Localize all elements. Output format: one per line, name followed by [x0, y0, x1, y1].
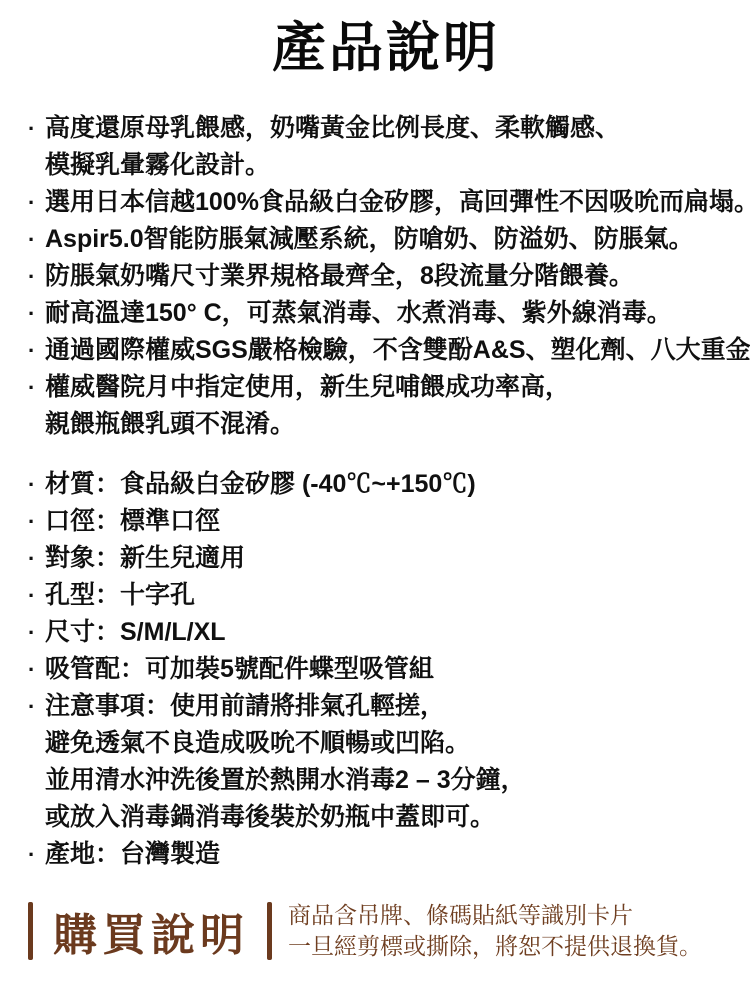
feature-line: · 高度還原母乳餵感，奶嘴黃金比例長度、柔軟觸感、	[28, 110, 744, 147]
spec-text: 產地：台灣製造	[45, 836, 220, 873]
bullet-dot: ·	[28, 503, 45, 540]
purchase-section: 購買說明 商品含吊牌、條碼貼紙等識別卡片 一旦經剪標或撕除，將恕不提供退換貨。	[28, 899, 744, 963]
spec-line: · 注意事項：使用前請將排氣孔輕搓，	[28, 688, 744, 725]
bullet-dot: ·	[28, 332, 45, 369]
specs-section: · 材質：食品級白金矽膠 (-40℃~+150℃) · 口徑：標準口徑 · 對象…	[28, 466, 744, 873]
feature-line: 親餵瓶餵乳頭不混淆。	[28, 406, 744, 443]
bullet-dot: ·	[28, 466, 45, 503]
feature-line: · 通過國際權威SGS嚴格檢驗，不含雙酚A&S、塑化劑、八大重金屬。	[28, 332, 744, 369]
bullet-dot: ·	[28, 258, 45, 295]
spec-text: 孔型：十字孔	[45, 577, 195, 614]
bullet-dot: ·	[28, 688, 45, 725]
feature-text: 選用日本信越100%食品級白金矽膠，高回彈性不因吸吮而扁塌。	[45, 184, 750, 221]
spec-text: 避免透氣不良造成吸吮不順暢或凹陷。	[45, 725, 470, 762]
spec-line: · 吸管配：可加裝5號配件蝶型吸管組	[28, 651, 744, 688]
page-title: 產品說明	[28, 16, 744, 80]
feature-text: 通過國際權威SGS嚴格檢驗，不含雙酚A&S、塑化劑、八大重金屬。	[45, 332, 750, 369]
feature-text: Aspir5.0智能防脹氣減壓系統，防嗆奶、防溢奶、防脹氣。	[45, 221, 694, 258]
bullet-dot: ·	[28, 651, 45, 688]
features-section: · 高度還原母乳餵感，奶嘴黃金比例長度、柔軟觸感、 模擬乳暈霧化設計。 · 選用…	[28, 110, 744, 443]
purchase-note-line: 一旦經剪標或撕除，將恕不提供退換貨。	[288, 931, 702, 962]
purchase-heading: 購買說明	[53, 899, 249, 963]
bullet-dot: ·	[28, 577, 45, 614]
feature-line: · 耐高溫達150° C，可蒸氣消毒、水煮消毒、紫外線消毒。	[28, 295, 744, 332]
spec-line: · 尺寸：S/M/L/XL	[28, 614, 744, 651]
divider-bar-right	[267, 902, 272, 960]
spec-line: · 材質：食品級白金矽膠 (-40℃~+150℃)	[28, 466, 744, 503]
spec-text: 吸管配：可加裝5號配件蝶型吸管組	[45, 651, 434, 688]
bullet-dot: ·	[28, 295, 45, 332]
feature-text: 高度還原母乳餵感，奶嘴黃金比例長度、柔軟觸感、	[45, 110, 620, 147]
spec-line: · 對象：新生兒適用	[28, 540, 744, 577]
spec-line: 並用清水沖洗後置於熱開水消毒2 – 3分鐘，	[28, 762, 744, 799]
feature-line: · 防脹氣奶嘴尺寸業界規格最齊全，8段流量分階餵養。	[28, 258, 744, 295]
purchase-note: 商品含吊牌、條碼貼紙等識別卡片 一旦經剪標或撕除，將恕不提供退換貨。	[288, 900, 702, 962]
spec-text: 或放入消毒鍋消毒後裝於奶瓶中蓋即可。	[45, 799, 495, 836]
spec-line: · 產地：台灣製造	[28, 836, 744, 873]
bullet-dot: ·	[28, 184, 45, 221]
feature-text: 模擬乳暈霧化設計。	[45, 147, 270, 184]
spec-line: · 孔型：十字孔	[28, 577, 744, 614]
feature-line: 模擬乳暈霧化設計。	[28, 147, 744, 184]
feature-line: · Aspir5.0智能防脹氣減壓系統，防嗆奶、防溢奶、防脹氣。	[28, 221, 744, 258]
feature-text: 耐高溫達150° C，可蒸氣消毒、水煮消毒、紫外線消毒。	[45, 295, 672, 332]
divider-bar-left	[28, 902, 33, 960]
feature-text: 防脹氣奶嘴尺寸業界規格最齊全，8段流量分階餵養。	[45, 258, 634, 295]
spec-text: 並用清水沖洗後置於熱開水消毒2 – 3分鐘，	[45, 762, 526, 799]
feature-text: 親餵瓶餵乳頭不混淆。	[45, 406, 295, 443]
feature-text: 權威醫院月中指定使用，新生兒哺餵成功率高，	[45, 369, 570, 406]
spec-line: 或放入消毒鍋消毒後裝於奶瓶中蓋即可。	[28, 799, 744, 836]
bullet-dot: ·	[28, 540, 45, 577]
bullet-dot: ·	[28, 221, 45, 258]
bullet-dot: ·	[28, 614, 45, 651]
bullet-dot: ·	[28, 369, 45, 406]
spec-text: 注意事項：使用前請將排氣孔輕搓，	[45, 688, 445, 725]
spec-line: · 口徑：標準口徑	[28, 503, 744, 540]
feature-line: · 權威醫院月中指定使用，新生兒哺餵成功率高，	[28, 369, 744, 406]
spec-text: 口徑：標準口徑	[45, 503, 220, 540]
feature-line: · 選用日本信越100%食品級白金矽膠，高回彈性不因吸吮而扁塌。	[28, 184, 744, 221]
product-description-page: 產品說明 · 高度還原母乳餵感，奶嘴黃金比例長度、柔軟觸感、 模擬乳暈霧化設計。…	[0, 0, 750, 982]
bullet-dot: ·	[28, 110, 45, 147]
spec-text: 尺寸：S/M/L/XL	[45, 614, 226, 651]
spec-text: 材質：食品級白金矽膠 (-40℃~+150℃)	[45, 466, 476, 503]
spec-line: 避免透氣不良造成吸吮不順暢或凹陷。	[28, 725, 744, 762]
bullet-dot: ·	[28, 836, 45, 873]
spec-text: 對象：新生兒適用	[45, 540, 245, 577]
purchase-note-line: 商品含吊牌、條碼貼紙等識別卡片	[288, 900, 702, 931]
